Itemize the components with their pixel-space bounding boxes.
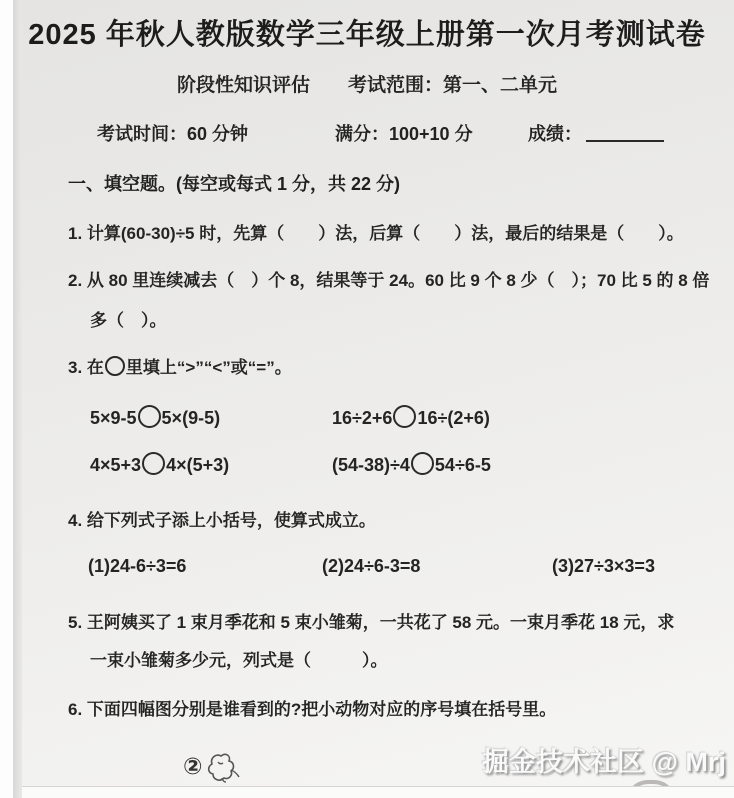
assessment-label: 阶段性知识评估	[177, 75, 310, 96]
q4-item-2: (2)24÷6-3=8	[322, 556, 420, 577]
page-title: 2025 年秋人教版数学三年级上册第一次月考测试卷	[0, 12, 734, 53]
q4-item-3: (3)27÷3×3=3	[552, 556, 655, 577]
exam-subtitle: 阶段性知识评估考试范围：第一、二单元	[0, 70, 734, 97]
q3-expression-4-right: 54÷6-5	[435, 455, 491, 475]
comparison-circle-icon	[393, 405, 416, 428]
q3-expression-1-left: 5×9-5	[90, 408, 137, 428]
animal-sketch-icon	[204, 750, 244, 790]
question-3-suffix: 里填上“>”“<”或“=”。	[126, 358, 292, 377]
question-2-line-1: 2. 从 80 里连续减去（ ）个 8，结果等于 24。60 比 9 个 8 少…	[68, 266, 709, 291]
comparison-circle-icon	[105, 356, 125, 376]
grade-blank-line	[586, 124, 664, 142]
q6-figure-2: ②	[183, 750, 244, 790]
page-bottom-edge	[0, 786, 734, 798]
question-5-line-1: 5. 王阿姨买了 1 束月季花和 5 束小雏菊，一共花了 58 元。一束月季花 …	[68, 608, 674, 633]
q3-expression-4-left: (54-38)÷4	[332, 455, 410, 475]
full-score-label: 满分：100+10 分	[335, 120, 473, 146]
q3-expression-3: 4×5+34×(5+3)	[90, 452, 229, 476]
exam-scope-label: 考试范围：第一、二单元	[348, 75, 557, 96]
question-4: 4. 给下列式子添上小括号，使算式成立。	[68, 506, 376, 531]
q4-item-1: (1)24-6÷3=6	[88, 556, 186, 577]
comparison-circle-icon	[138, 405, 161, 428]
exam-time-label: 考试时间：60 分钟	[97, 120, 248, 146]
question-1: 1. 计算(60-30)÷5 时，先算（ ）法，后算（ ）法，最后的结果是（ ）…	[68, 219, 684, 244]
comparison-circle-icon	[411, 452, 434, 475]
question-6: 6. 下面四幅图分别是谁看到的?把小动物对应的序号填在括号里。	[68, 695, 556, 720]
section-1-heading: 一、填空题。(每空或每式 1 分，共 22 分)	[68, 170, 400, 196]
page-left-scan-shadow	[13, 0, 22, 798]
question-3: 3. 在里填上“>”“<”或“=”。	[68, 353, 292, 378]
q3-expression-2-left: 16÷2+6	[332, 408, 392, 428]
watermark: 掘金技术社区 @ Mrj	[482, 740, 726, 779]
question-3-prefix: 3. 在	[68, 358, 104, 377]
q3-expression-1-right: 5×(9-5)	[162, 408, 221, 428]
q3-expression-2-right: 16÷(2+6)	[417, 408, 489, 428]
q3-expression-3-right: 4×(5+3)	[166, 455, 229, 475]
question-2-line-2: 多（ ）。	[90, 306, 167, 331]
page-left-margin-strip	[0, 0, 13, 798]
grade-field: 成绩：	[528, 120, 664, 146]
q3-expression-1: 5×9-55×(9-5)	[90, 405, 220, 429]
circled-2-label: ②	[183, 753, 202, 779]
q3-expression-4: (54-38)÷454÷6-5	[332, 452, 491, 476]
q3-expression-3-left: 4×5+3	[90, 455, 141, 475]
question-5-line-2: 一束小雏菊多少元，列式是（ ）。	[90, 646, 388, 671]
q3-expression-2: 16÷2+616÷(2+6)	[332, 405, 490, 429]
comparison-circle-icon	[142, 452, 165, 475]
grade-label: 成绩：	[528, 124, 582, 144]
